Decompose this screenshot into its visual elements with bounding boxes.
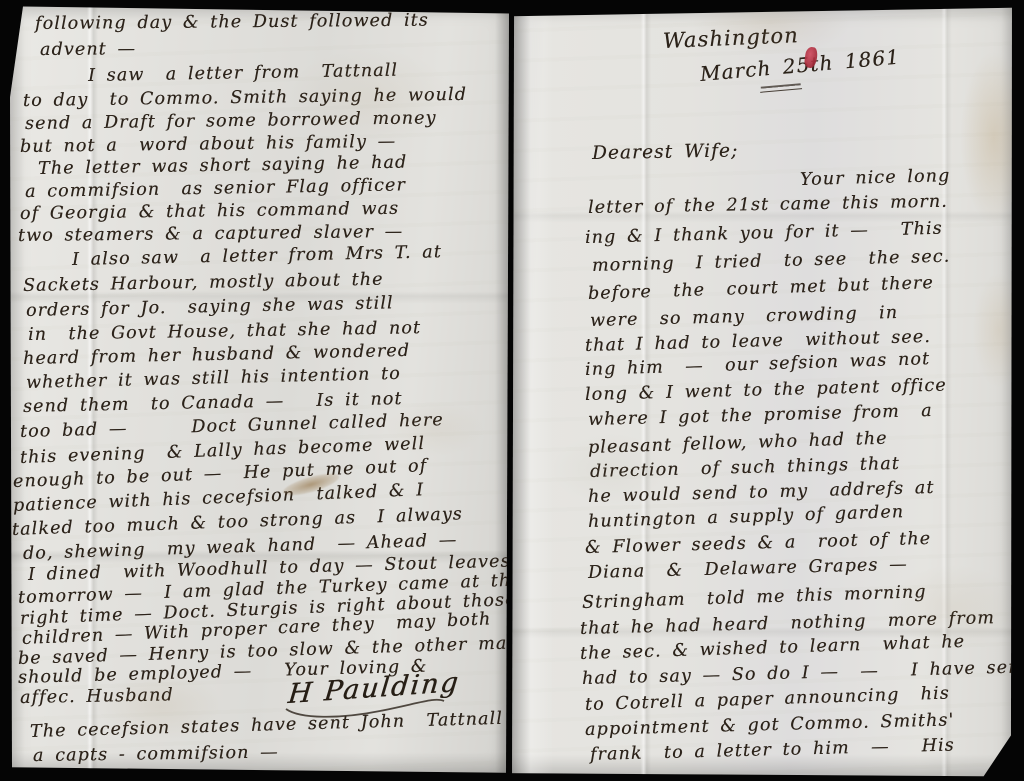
handwritten-line: orders for Jo. saying she was still — [26, 295, 394, 320]
handwritten-line: to Cotrell a paper announcing his — [585, 686, 950, 715]
handwritten-line: pleasant fellow, who had the — [588, 431, 888, 458]
handwritten-line: The cecefsion states have sent John Tatt… — [30, 711, 503, 742]
handwritten-line: affec. Husband — [20, 687, 174, 707]
handwritten-line: were so many crowding in — [590, 305, 899, 331]
left-page-lines: following day & the Dust followed itsadv… — [10, 5, 510, 775]
handwritten-line: advent — — [40, 41, 136, 59]
handwritten-line: direction of such things that — [590, 456, 900, 482]
handwritten-line: The letter was short saying he had — [38, 155, 408, 179]
handwritten-line: ing him — our sefsion was not — [585, 351, 931, 379]
handwritten-line: a commifsion as senior Flag officer — [25, 177, 406, 201]
letter-page-right: WashingtonMarch 25th 1861Dearest Wife;Yo… — [508, 7, 1014, 777]
place-line: Washington — [663, 25, 800, 52]
handwritten-line: send a Draft for some borrowed money — [25, 110, 437, 133]
letter-page-left: following day & the Dust followed itsadv… — [10, 5, 510, 775]
handwritten-line: appointment & got Commo. Smiths' — [585, 712, 955, 739]
handwritten-line: Diana & Delaware Grapes — — [588, 557, 908, 583]
handwritten-line: huntington a supply of garden — [588, 504, 905, 531]
handwritten-line: before the court met but there — [588, 275, 934, 303]
handwritten-line: a capts - commifsion — — [33, 745, 279, 766]
handwritten-line: frank to a letter to him — His — [590, 737, 955, 764]
handwritten-line: long & I went to the patent office — [585, 378, 947, 405]
handwritten-line: letter of the 21st came this morn. — [588, 194, 948, 218]
handwritten-line: & Flower seeds & a root of the — [585, 531, 932, 558]
handwritten-line: ing & I thank you for it — This — [585, 221, 943, 248]
handwritten-line: two steamers & a captured slaver — — [18, 224, 403, 246]
handwritten-line: following day & the Dust followed its — [35, 13, 429, 34]
handwritten-line: in the Govt House, that she had not — [28, 320, 421, 344]
right-page-lines: WashingtonMarch 25th 1861Dearest Wife;Yo… — [508, 7, 1014, 777]
handwritten-line: I also saw a letter from Mrs T. at — [72, 244, 442, 269]
salutation-line: Dearest Wife; — [592, 142, 739, 163]
handwritten-line: morning I tried to see the sec. — [592, 249, 951, 276]
handwritten-line: Stringham told me this morning — [582, 584, 927, 612]
handwritten-line: of Georgia & that his command was — [20, 201, 399, 224]
handwritten-line: the sec. & wished to learn what he — [580, 634, 966, 664]
scanned-letter: following day & the Dust followed itsadv… — [0, 0, 1024, 781]
handwritten-line: I saw a letter from Tattnall — [88, 63, 398, 86]
handwritten-line: Sackets Harbour, mostly about the — [23, 272, 384, 296]
date-line: March 25th 1861 — [699, 47, 901, 84]
handwritten-line: Your nice long — [800, 168, 951, 189]
handwritten-line: to day to Commo. Smith saying he would — [23, 87, 467, 111]
handwritten-line: where I got the promise from a — [588, 403, 933, 430]
handwritten-line: whether it was still his intention to — [26, 366, 401, 393]
